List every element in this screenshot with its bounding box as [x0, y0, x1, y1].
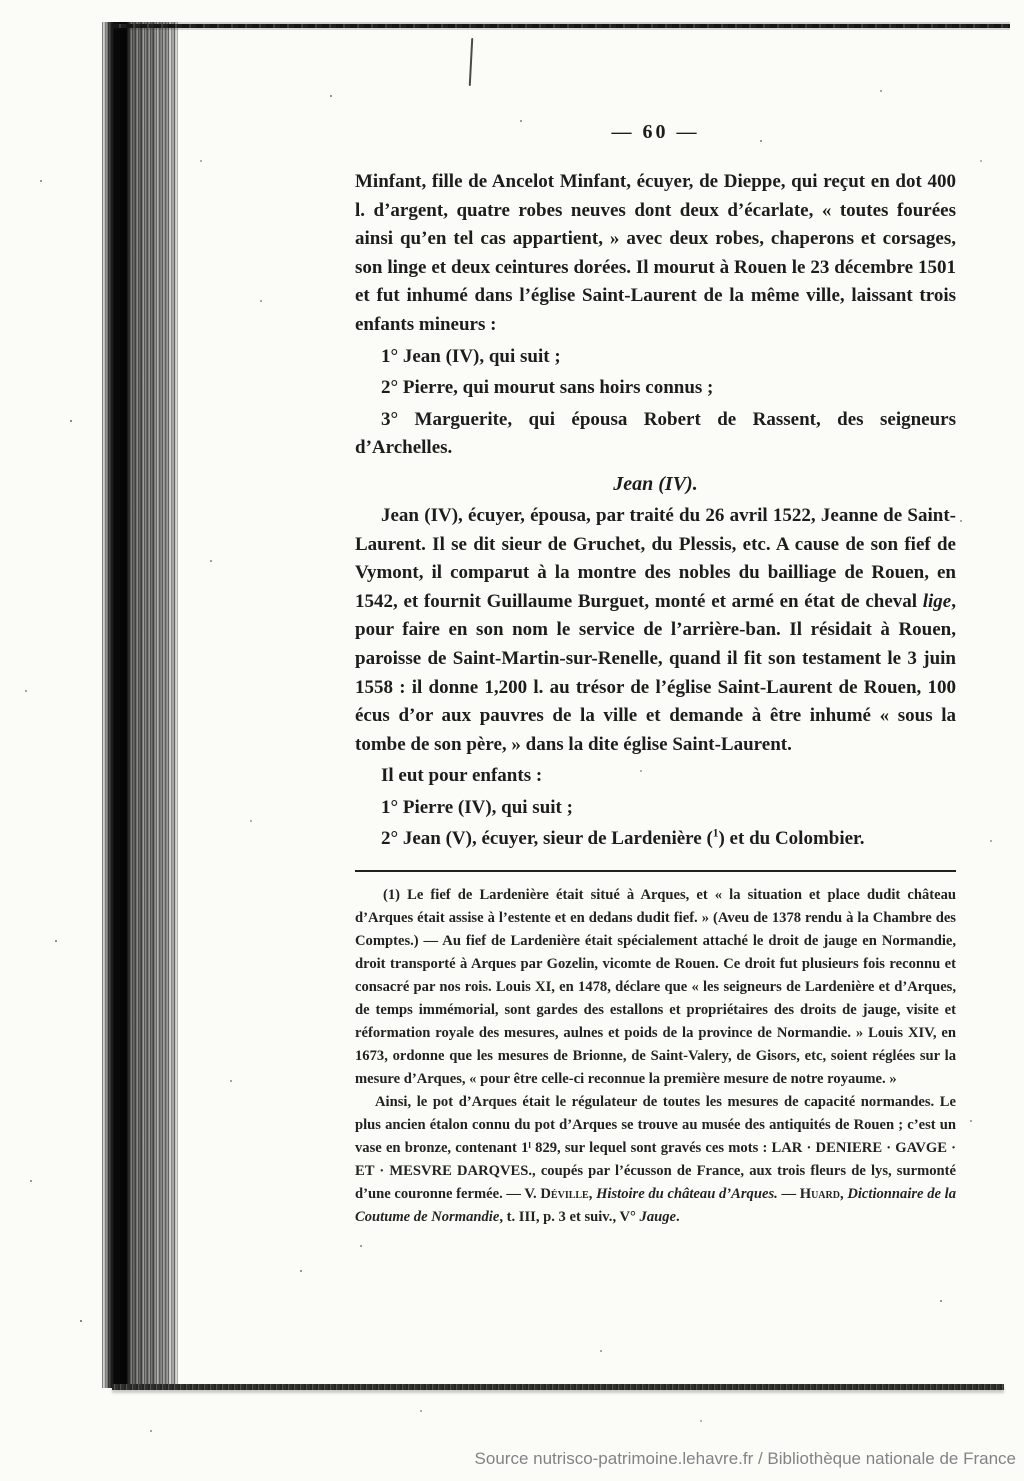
text-segment: 2° Jean (V), écuyer, sieur de Lardenière…: [381, 828, 713, 849]
page-number: — 60 —: [355, 120, 956, 144]
paragraph-enfants-intro: Il eut pour enfants :: [355, 762, 956, 791]
author-name-deville: Déville: [540, 1186, 588, 1202]
author-name-huard: Huard: [800, 1186, 840, 1202]
text-segment: ,: [589, 1186, 596, 1202]
footnote-separator-rule: [355, 870, 956, 872]
list-item-marguerite: 3° Marguerite, qui épousa Robert de Rass…: [355, 406, 956, 463]
list-item-pierre: 2° Pierre, qui mourut sans hoirs connus …: [355, 374, 956, 403]
text-segment: —: [778, 1186, 800, 1202]
footnote-paragraph-2: Ainsi, le pot d’Arques était le régulate…: [355, 1091, 956, 1229]
page-text-block: — 60 — Minfant, fille de Ancelot Minfant…: [355, 118, 956, 1229]
term-jauge: Jauge: [640, 1209, 676, 1225]
scan-noise-specks: [0, 0, 2, 2]
paragraph-jean-iv: Jean (IV), écuyer, épousa, par traité du…: [355, 502, 956, 759]
book-title-histoire-chateau-arques: Histoire du château d’Arques.: [596, 1186, 778, 1202]
text-segment: ) et du Colombier.: [718, 828, 864, 849]
text-segment: , pour faire en son nom le service de l’…: [355, 591, 956, 755]
top-scan-edge-line: [112, 24, 1010, 28]
list-item-jean-v: 2° Jean (V), écuyer, sieur de Lardenière…: [355, 825, 956, 854]
text-segment: Jean (IV), écuyer, épousa, par traité du…: [355, 505, 956, 612]
book-gutter-texture: [102, 22, 178, 1388]
scanned-book-page: — 60 — Minfant, fille de Ancelot Minfant…: [0, 0, 1024, 1481]
section-heading-jean-iv: Jean (IV).: [355, 471, 956, 497]
italic-term-lige: lige: [923, 591, 952, 612]
text-segment: .: [676, 1209, 680, 1225]
list-item-pierre-iv: 1° Pierre (IV), qui suit ;: [355, 794, 956, 823]
list-item-jean-iv: 1° Jean (IV), qui suit ;: [355, 343, 956, 372]
text-segment: , t. III, p. 3 et suiv., V°: [499, 1209, 639, 1225]
source-credit: Source nutrisco-patrimoine.lehavre.fr / …: [475, 1449, 1016, 1469]
scan-artifact-mark: [469, 38, 474, 86]
footnote-paragraph-1: (1) Le fief de Lardenière était situé à …: [355, 884, 956, 1091]
paragraph-minfant: Minfant, fille de Ancelot Minfant, écuye…: [355, 168, 956, 340]
bottom-scan-edge-line: [112, 1384, 1004, 1390]
